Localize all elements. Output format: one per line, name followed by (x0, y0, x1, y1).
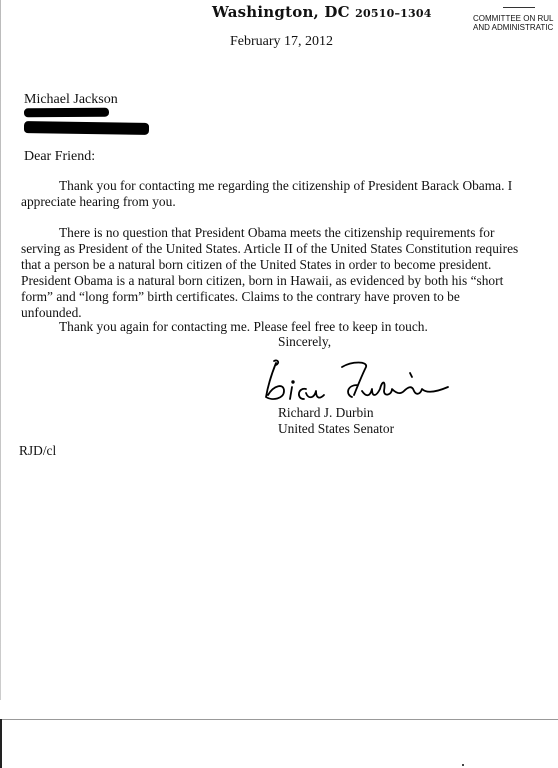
signer-name: Richard J. Durbin (278, 405, 374, 421)
scan-speck (462, 764, 464, 766)
body-paragraph: Thank you for contacting me regarding th… (21, 178, 521, 210)
reference-initials: RJD/cl (19, 443, 56, 459)
letter-date: February 17, 2012 (230, 34, 333, 50)
recipient-name: Michael Jackson (24, 92, 118, 108)
salutation: Dear Friend: (24, 149, 95, 165)
committee-heading: COMMITTEE ON RUL AND ADMINISTRATIC (473, 14, 553, 32)
committee-rule (503, 7, 535, 8)
closing: Sincerely, (278, 334, 331, 350)
signer-title: United States Senator (278, 421, 394, 437)
redaction-bar (24, 108, 109, 118)
redaction-bar (24, 121, 149, 135)
body-paragraph: Thank you again for contacting me. Pleas… (21, 319, 521, 335)
letterhead-zip: 20510–1304 (355, 7, 431, 20)
committee-line-1: COMMITTEE ON RUL (473, 14, 553, 23)
letterhead-city: Washington, DC 20510–1304 (212, 3, 432, 21)
letterhead-city-text: Washington, DC (212, 3, 350, 21)
page-edge (0, 0, 1, 700)
signature-image (262, 355, 452, 405)
body-paragraph: There is no question that President Obam… (21, 225, 521, 321)
page-bottom-edge (0, 719, 558, 720)
next-page-edge (0, 719, 2, 768)
committee-line-2: AND ADMINISTRATIC (473, 23, 553, 32)
